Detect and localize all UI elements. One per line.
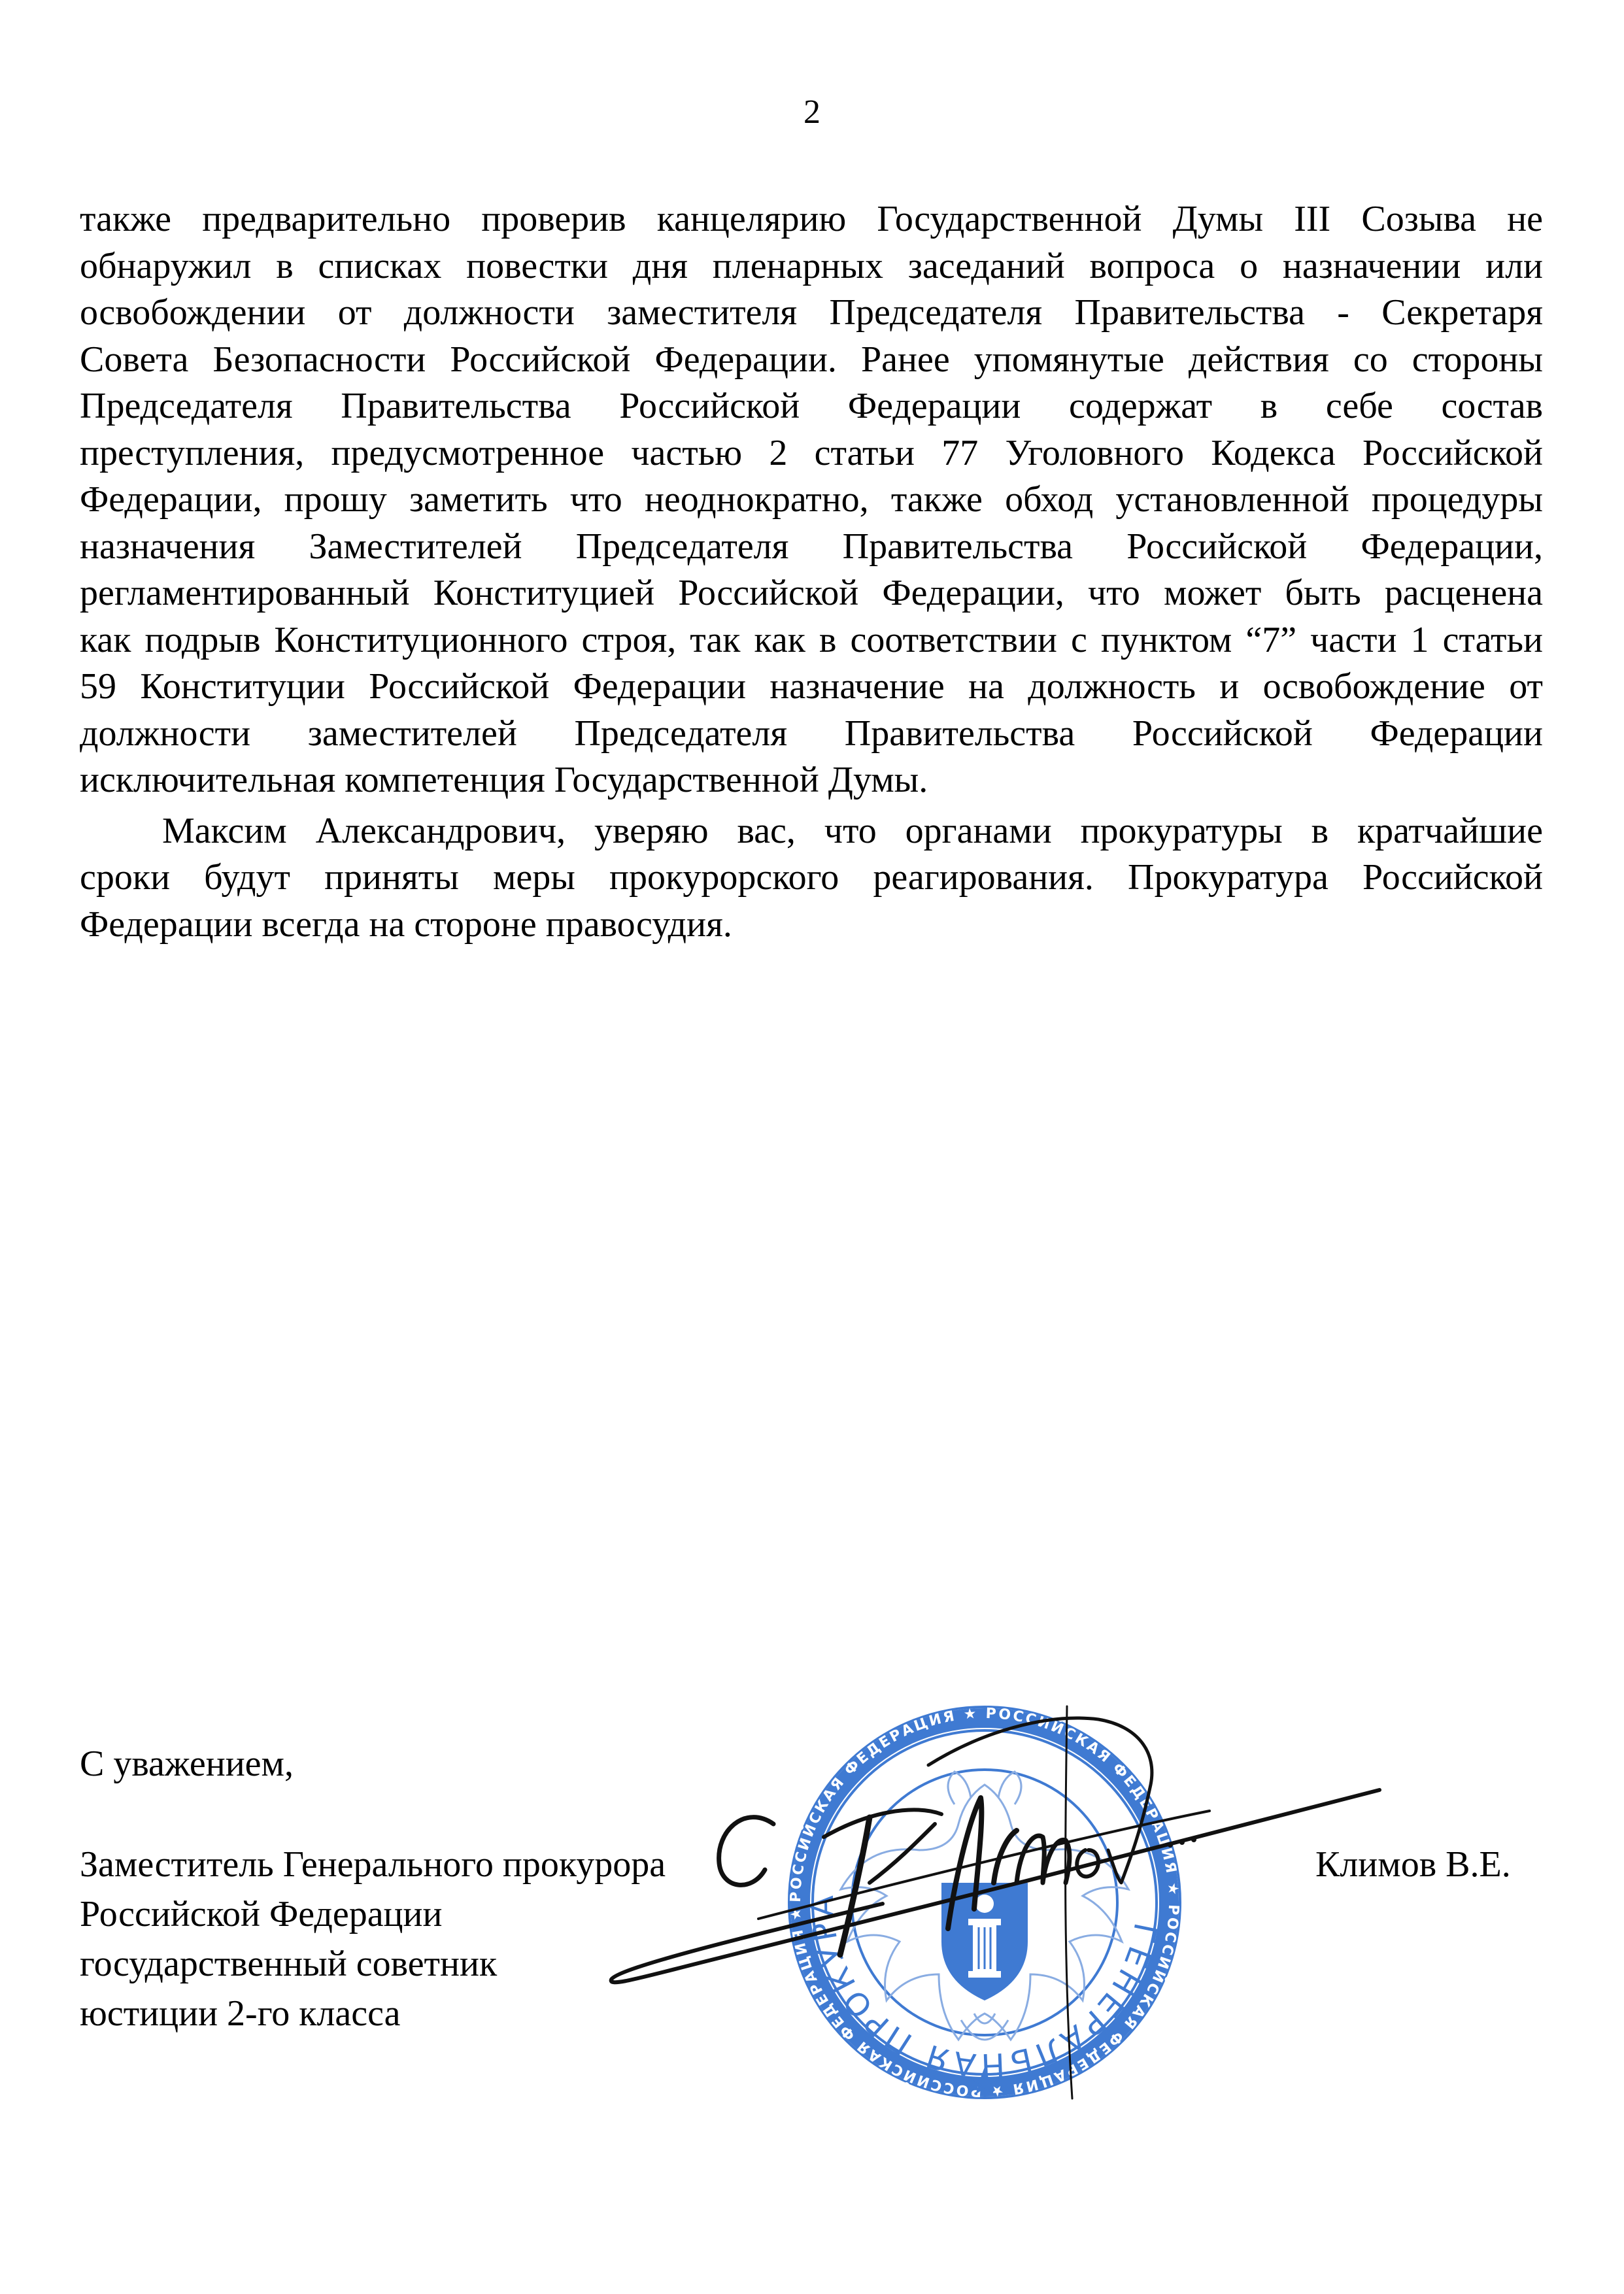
text-line: назначения Заместителей Председателя Пра… (80, 524, 1543, 571)
text-line: обнаружил в списках повестки дня пленарн… (80, 243, 1543, 290)
text-line: Председателя Правительства Российской Фе… (80, 383, 1543, 430)
signer-title-line: Заместитель Генерального прокурора (80, 1840, 666, 1889)
text-line: Максим Александрович, уверяю вас, что ор… (80, 808, 1543, 855)
signer-title-line: Российской Федерации (80, 1889, 666, 1939)
signer-title-line: государственный советник (80, 1939, 666, 1989)
closing-phrase: С уважением, (80, 1739, 294, 1789)
text-line: должности заместителей Председателя Прав… (80, 711, 1543, 758)
text-line: освобождении от должности заместителя Пр… (80, 290, 1543, 337)
handwritten-signature-icon (611, 1706, 1379, 2099)
text-line: преступления, предусмотренное частью 2 с… (80, 430, 1543, 477)
paragraph-2: Максим Александрович, уверяю вас, что ор… (80, 808, 1543, 949)
signer-title-line: юстиции 2-го класса (80, 1989, 666, 2038)
text-line: регламентированный Конституцией Российск… (80, 570, 1543, 617)
text-line: также предварительно проверив канцелярию… (80, 196, 1543, 243)
stamp-outer-text: РОССИЙСКАЯ ФЕДЕРАЦИЯ ★ РОССИЙСКАЯ ФЕДЕРА… (788, 1706, 1181, 2099)
text-line: 59 Конституции Российской Федерации назн… (80, 664, 1543, 711)
letter-body: также предварительно проверив канцелярию… (80, 196, 1543, 948)
signer-name: Климов В.Е. (1315, 1840, 1511, 1889)
page-number: 2 (0, 93, 1624, 132)
text-line: Федерации, прошу заметить что неоднократ… (80, 477, 1543, 524)
paragraph-1: также предварительно проверив канцелярию… (80, 196, 1543, 804)
svg-text:РОССИЙСКАЯ ФЕДЕРАЦИЯ ★ РОССИЙС: РОССИЙСКАЯ ФЕДЕРАЦИЯ ★ РОССИЙСКАЯ ФЕДЕРА… (788, 1706, 1181, 2099)
document-page: 2 также предварительно проверив канцеляр… (0, 0, 1624, 2294)
text-line: сроки будут приняты меры прокурорского р… (80, 854, 1543, 902)
text-line: Федерации всегда на стороне правосудия. (80, 902, 1543, 949)
text-line: Совета Безопасности Российской Федерации… (80, 337, 1543, 384)
signer-title: Заместитель Генерального прокурора Росси… (80, 1840, 666, 2038)
text-line: как подрыв Конституционного строя, так к… (80, 617, 1543, 664)
text-line: исключительная компетенция Государственн… (80, 757, 1543, 804)
